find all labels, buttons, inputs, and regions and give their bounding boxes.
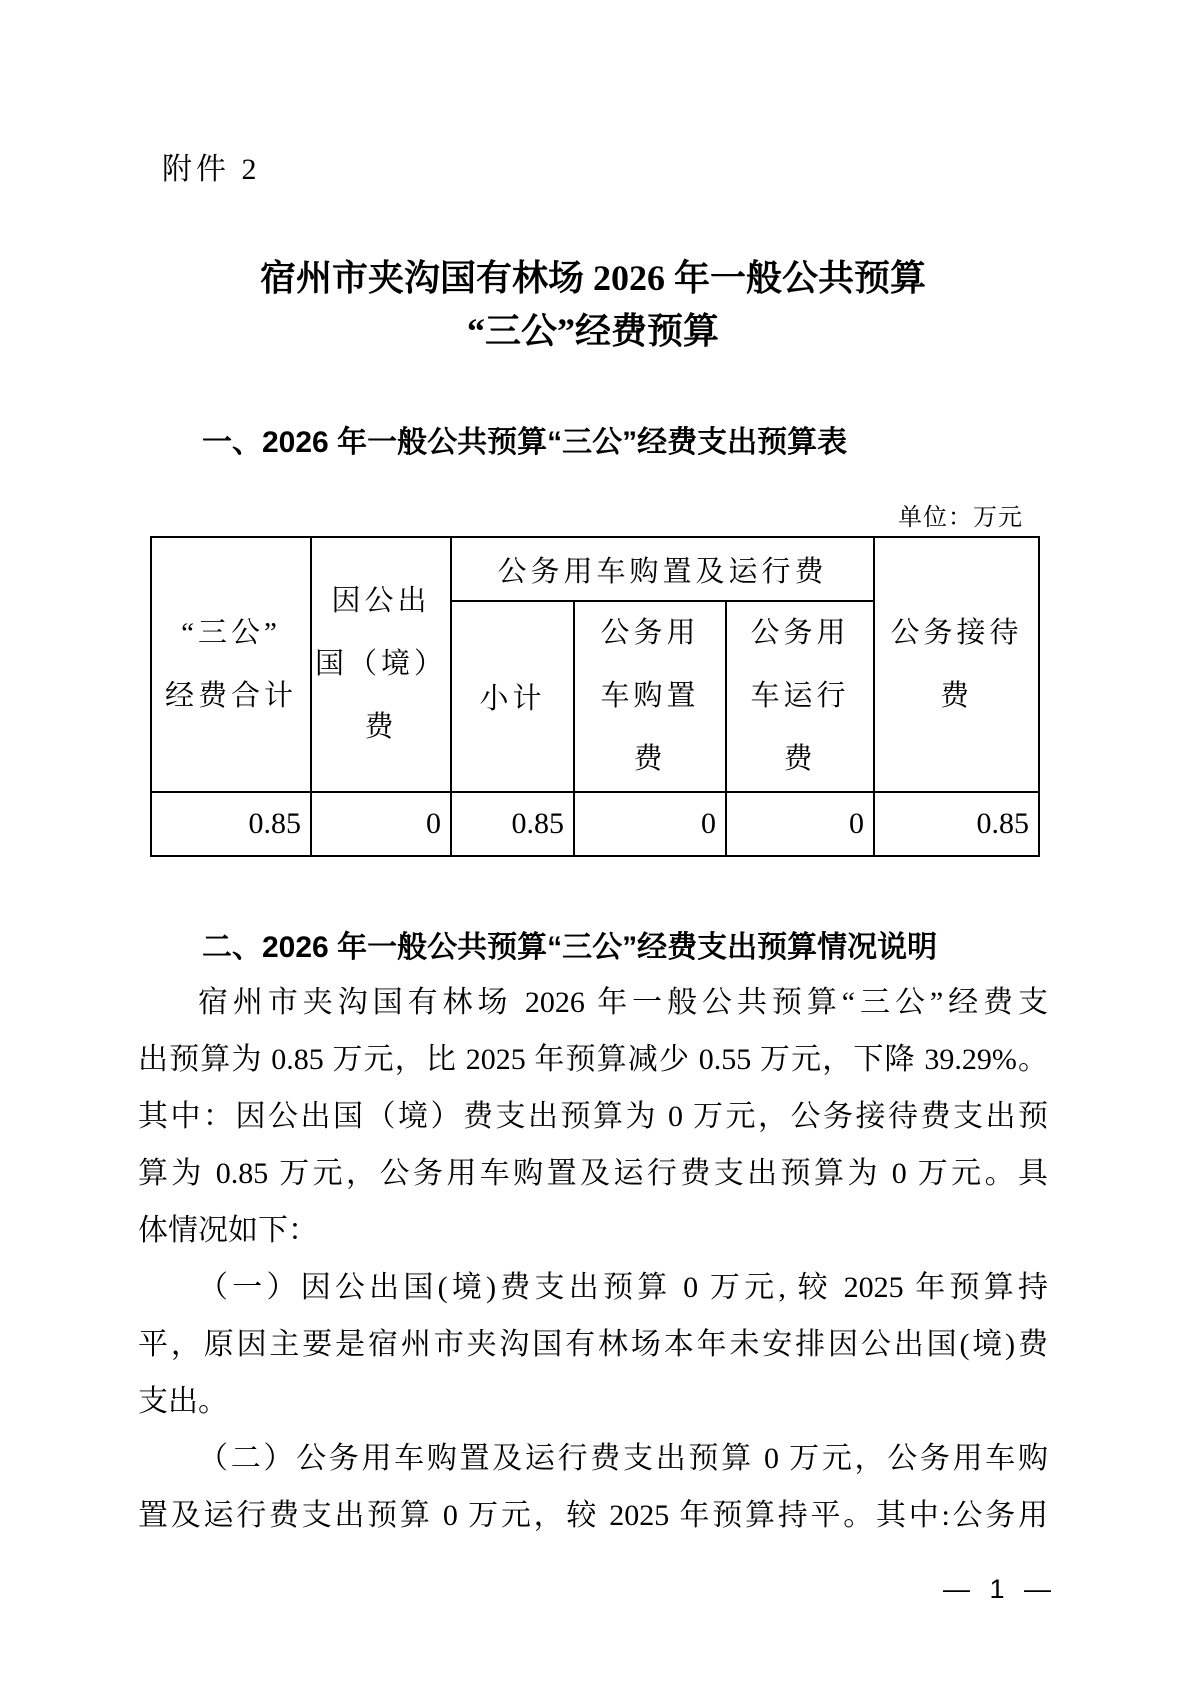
document-title-line1: 宿州市夹沟国有林场 2026 年一般公共预算 bbox=[138, 250, 1048, 301]
header-purchase-line1: 公务用 bbox=[575, 602, 725, 665]
body-text-line: 宿州市夹沟国有林场 2026 年一般公共预算“三公”经费支 bbox=[138, 974, 1048, 1031]
value-vehicle-purchase: 0 bbox=[574, 792, 726, 856]
section2-heading: 二、2026 年一般公共预算“三公”经费支出预算情况说明 bbox=[202, 922, 937, 966]
header-sangong-total: “三公” 经费合计 bbox=[151, 537, 311, 792]
header-sangong-line1: “三公” bbox=[152, 602, 310, 665]
body-text-line: 算为 0.85 万元，公务用车购置及运行费支出预算为 0 万元。具 bbox=[138, 1145, 1048, 1202]
header-reception-line1: 公务接待 bbox=[875, 602, 1038, 665]
header-purchase-line3: 费 bbox=[575, 728, 725, 791]
data-row: 0.85 0 0.85 0 0 0.85 bbox=[151, 792, 1039, 856]
header-vehicle-group: 公务用车购置及运行费 bbox=[451, 537, 874, 601]
document-page: 附件 2 宿州市夹沟国有林场 2026 年一般公共预算 “三公”经费预算 一、2… bbox=[0, 0, 1190, 1683]
header-vehicle-purchase: 公务用 车购置 费 bbox=[574, 601, 726, 792]
value-sangong-total: 0.85 bbox=[151, 792, 311, 856]
header-purchase-line2: 车购置 bbox=[575, 665, 725, 728]
attachment-label: 附件 2 bbox=[162, 144, 261, 188]
value-reception-fee: 0.85 bbox=[874, 792, 1039, 856]
body-text-line: 支出。 bbox=[138, 1373, 1048, 1430]
header-abroad-fee: 因公出 国（境） 费 bbox=[311, 537, 451, 792]
header-vehicle-operation: 公务用 车运行 费 bbox=[726, 601, 874, 792]
value-vehicle-subtotal: 0.85 bbox=[451, 792, 574, 856]
body-text-line: （二）公务用车购置及运行费支出预算 0 万元，公务用车购 bbox=[138, 1430, 1048, 1487]
header-sangong-line2: 经费合计 bbox=[152, 665, 310, 728]
body-text-line: （一）因公出国(境)费支出预算 0 万元, 较 2025 年预算持 bbox=[138, 1259, 1048, 1316]
value-vehicle-operation: 0 bbox=[726, 792, 874, 856]
header-subtotal: 小计 bbox=[451, 601, 574, 792]
budget-table: “三公” 经费合计 因公出 国（境） 费 公务用车购置及运行费 公务接待 费 小… bbox=[150, 536, 1040, 857]
header-operation-line1: 公务用 bbox=[727, 602, 873, 665]
body-text-line: 其中：因公出国（境）费支出预算为 0 万元，公务接待费支出预 bbox=[138, 1088, 1048, 1145]
page-number: — 1 — bbox=[930, 1574, 1070, 1605]
body-text-line: 出预算为 0.85 万元，比 2025 年预算减少 0.55 万元，下降 39.… bbox=[138, 1031, 1048, 1088]
section2-body: 宿州市夹沟国有林场 2026 年一般公共预算“三公”经费支出预算为 0.85 万… bbox=[138, 974, 1048, 1544]
body-text-line: 体情况如下： bbox=[138, 1202, 1048, 1259]
header-reception-fee: 公务接待 费 bbox=[874, 537, 1039, 792]
header-abroad-line2: 国（境） bbox=[312, 633, 450, 696]
unit-note: 单位：万元 bbox=[898, 497, 1023, 532]
value-abroad-fee: 0 bbox=[311, 792, 451, 856]
body-text-line: 置及运行费支出预算 0 万元，较 2025 年预算持平。其中:公务用 bbox=[138, 1487, 1048, 1544]
header-operation-line3: 费 bbox=[727, 728, 873, 791]
header-operation-line2: 车运行 bbox=[727, 665, 873, 728]
document-title-line2: “三公”经费预算 bbox=[138, 303, 1048, 354]
header-abroad-line1: 因公出 bbox=[312, 570, 450, 633]
header-reception-line2: 费 bbox=[875, 665, 1038, 728]
header-row-top: “三公” 经费合计 因公出 国（境） 费 公务用车购置及运行费 公务接待 费 bbox=[151, 537, 1039, 601]
section1-heading: 一、2026 年一般公共预算“三公”经费支出预算表 bbox=[202, 417, 847, 461]
header-abroad-line3: 费 bbox=[312, 696, 450, 759]
body-text-line: 平，原因主要是宿州市夹沟国有林场本年未安排因公出国(境)费 bbox=[138, 1316, 1048, 1373]
